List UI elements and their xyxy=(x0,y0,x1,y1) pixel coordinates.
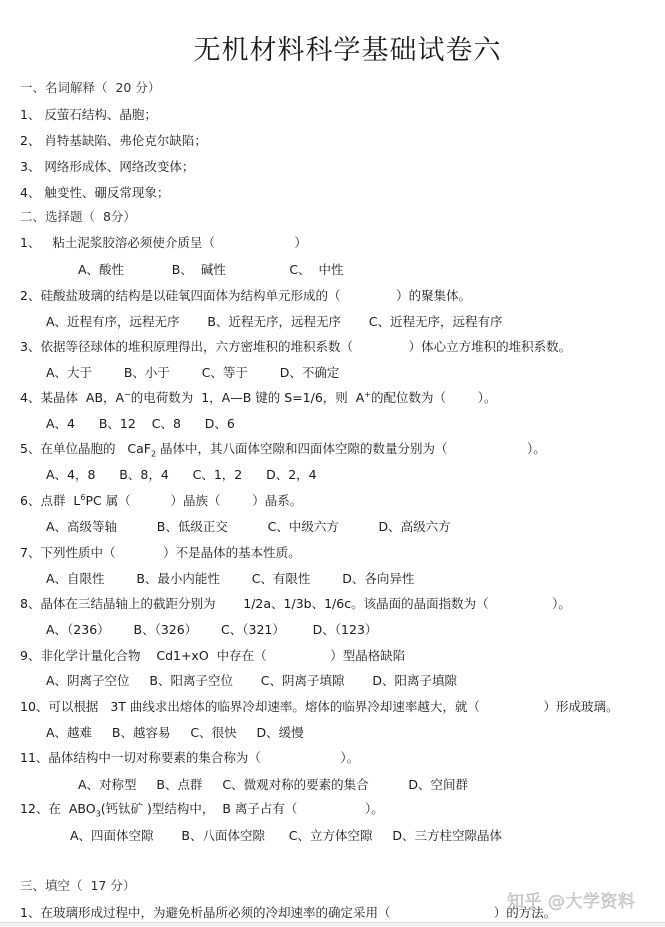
question-stem: 10、可以根据 3T 曲线求出熔体的临界冷却速率。熔体的临界冷却速率越大，就（ … xyxy=(20,699,618,715)
question-options: A、4 B、12 C、8 D、6 xyxy=(46,416,235,432)
section-heading-choice: 二、选择题（ 8分） xyxy=(20,209,136,225)
question-options: A、阴离子空位 B、阳离子空位 C、阴离子填隙 D、阳离子填隙 xyxy=(46,673,457,689)
term-item: 3、 网络形成体、网络改变体； xyxy=(20,159,194,175)
page-bottom-divider xyxy=(0,922,665,927)
question-stem: 9、非化学计量化合物 Cd1+xO 中存在（ ）型晶格缺陷 xyxy=(20,648,405,664)
question-stem: 8、晶体在三结晶轴上的截距分别为 1/2a、1/3b、1/6c。该晶面的晶面指数… xyxy=(20,596,571,612)
term-item: 2、 肖特基缺陷、弗伦克尔缺陷； xyxy=(20,133,207,149)
question-options: A、酸性 B、 碱性 C、 中性 xyxy=(78,262,344,278)
question-options: A、自限性 B、最小内能性 C、有限性 D、各向异性 xyxy=(46,571,414,587)
term-item: 4、 触变性、硼反常现象； xyxy=(20,185,169,201)
question-options: A、（236） B、（326） C、（321） D、（123） xyxy=(46,622,377,638)
watermark: 知乎 @大学资料 xyxy=(507,887,635,912)
question-stem: 4、某晶体 AB，A−的电荷数为 1，A—B 键的 S=1/6，则 A+的配位数… xyxy=(20,390,497,406)
page-title: 无机材料科学基础试卷六 xyxy=(0,28,665,67)
question-options: A、高级等轴 B、低级正交 C、中级六方 D、高级六方 xyxy=(46,519,451,535)
fill-in-item: 1、在玻璃形成过程中，为避免析晶所必须的冷却速率的确定采用（ ）的方法。 xyxy=(20,905,556,921)
question-stem: 12、在 ABO3(钙钛矿 )型结构中， B 离子占有（ ）。 xyxy=(20,801,384,817)
question-stem: 3、依据等径球体的堆积原理得出，六方密堆积的堆积系数（ ）体心立方堆积的堆积系数… xyxy=(20,339,571,355)
question-stem: 2、硅酸盐玻璃的结构是以硅氧四面体为结构单元形成的（ ）的聚集体。 xyxy=(20,288,471,304)
section-heading-terms: 一、名词解释（ 20 分） xyxy=(20,80,160,96)
section-heading-fill-in: 三、填空（ 17 分） xyxy=(20,878,135,894)
question-options: A、4，8 B、8，4 C、1，2 D、2，4 xyxy=(46,467,317,483)
question-stem: 6、点群 L6PC 属（ ）晶族（ ）晶系。 xyxy=(20,493,302,509)
question-options: A、越难 B、越容易 C、很快 D、缓慢 xyxy=(46,725,304,741)
question-stem: 7、下列性质中（ ）不是晶体的基本性质。 xyxy=(20,545,301,561)
question-stem: 11、晶体结构中一切对称要素的集合称为（ ）。 xyxy=(20,750,359,766)
question-options: A、大于 B、小于 C、等于 D、不确定 xyxy=(46,365,339,381)
question-options: A、四面体空隙 B、八面体空隙 C、立方体空隙 D、三方柱空隙晶体 xyxy=(70,828,502,844)
question-options: A、对称型 B、点群 C、微观对称的要素的集合 D、空间群 xyxy=(78,777,468,793)
exam-page: 无机材料科学基础试卷六 一、名词解释（ 20 分） 1、 反萤石结构、晶胞； 2… xyxy=(0,0,665,927)
question-options: A、近程有序，远程无序 B、近程无序，远程无序 C、近程无序，远程有序 xyxy=(46,314,502,330)
question-stem: 5、在单位晶胞的 CaF2 晶体中，其八面体空隙和四面体空隙的数量分别为（ ）。 xyxy=(20,441,546,457)
term-item: 1、 反萤石结构、晶胞； xyxy=(20,107,157,123)
question-stem: 1、 粘土泥浆胶溶必须使介质呈（ ） xyxy=(20,235,307,251)
